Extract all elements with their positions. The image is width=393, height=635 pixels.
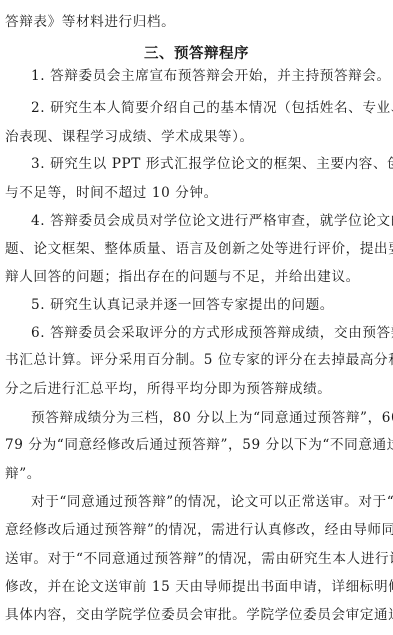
grading-paragraph: 预答辩成绩分为三档，80 分以上为“同意通过预答辩”，60 分到 — [31, 409, 387, 427]
section-heading: 三、预答辩程序 — [0, 45, 393, 63]
grading-paragraph-cont-1: 79 分为“同意经修改后通过预答辩”，59 分以下为“不同意通过预答 — [5, 436, 387, 454]
handling-paragraph-cont-1: 意经修改后通过预答辩”的情况，需进行认真修改，经由导师同意后 — [5, 521, 387, 539]
opening-line: 答辩表》等材料进行归档。 — [5, 13, 387, 31]
item-4: 4. 答辩委员会成员对学位论文进行严格审查，就学位论文的选 — [31, 212, 387, 230]
handling-paragraph-cont-3: 修改，并在论文送审前 15 天由导师提出书面申请，详细标明修改的 — [5, 578, 387, 596]
handling-paragraph: 对于“同意通过预答辩”的情况，论文可以正常送审。对于“同 — [31, 493, 387, 511]
item-4-cont-2: 辩人回答的问题；指出存在的问题与不足，并给出建议。 — [5, 268, 387, 286]
item-6-cont-2: 分之后进行汇总平均，所得平均分即为预答辩成绩。 — [5, 380, 387, 398]
handling-paragraph-cont-2: 送审。对于“不同意通过预答辩”的情况，需由研究生本人进行认真 — [5, 550, 387, 568]
handling-paragraph-cont-4: 具体内容，交由学院学位委员会审批。学院学位委员会审定通过后的 — [5, 606, 387, 624]
item-3-cont: 与不足等，时间不超过 10 分钟。 — [5, 184, 387, 202]
grading-paragraph-cont-2: 辩”。 — [5, 465, 387, 483]
item-5: 5. 研究生认真记录并逐一回答专家提出的问题。 — [31, 296, 387, 314]
item-4-cont-1: 题、论文框架、整体质量、语言及创新之处等进行评价，提出要求答 — [5, 240, 387, 258]
item-6-cont-1: 书汇总计算。评分采用百分制。5 位专家的评分在去掉最高分和最低 — [5, 351, 387, 369]
item-6: 6. 答辩委员会采取评分的方式形成预答辩成绩，交由预答辩秘 — [31, 324, 387, 342]
item-2: 2. 研究生本人简要介绍自己的基本情况（包括姓名、专业、政 — [31, 99, 387, 117]
item-1: 1. 答辩委员会主席宣布预答辩会开始，并主持预答辩会。 — [31, 67, 387, 85]
item-2-cont: 治表现、课程学习成绩、学术成果等）。 — [5, 128, 387, 146]
item-3: 3. 研究生以 PPT 形式汇报学位论文的框架、主要内容、创新点 — [31, 155, 387, 173]
document-page: 答辩表》等材料进行归档。 三、预答辩程序 1. 答辩委员会主席宣布预答辩会开始，… — [0, 0, 393, 635]
